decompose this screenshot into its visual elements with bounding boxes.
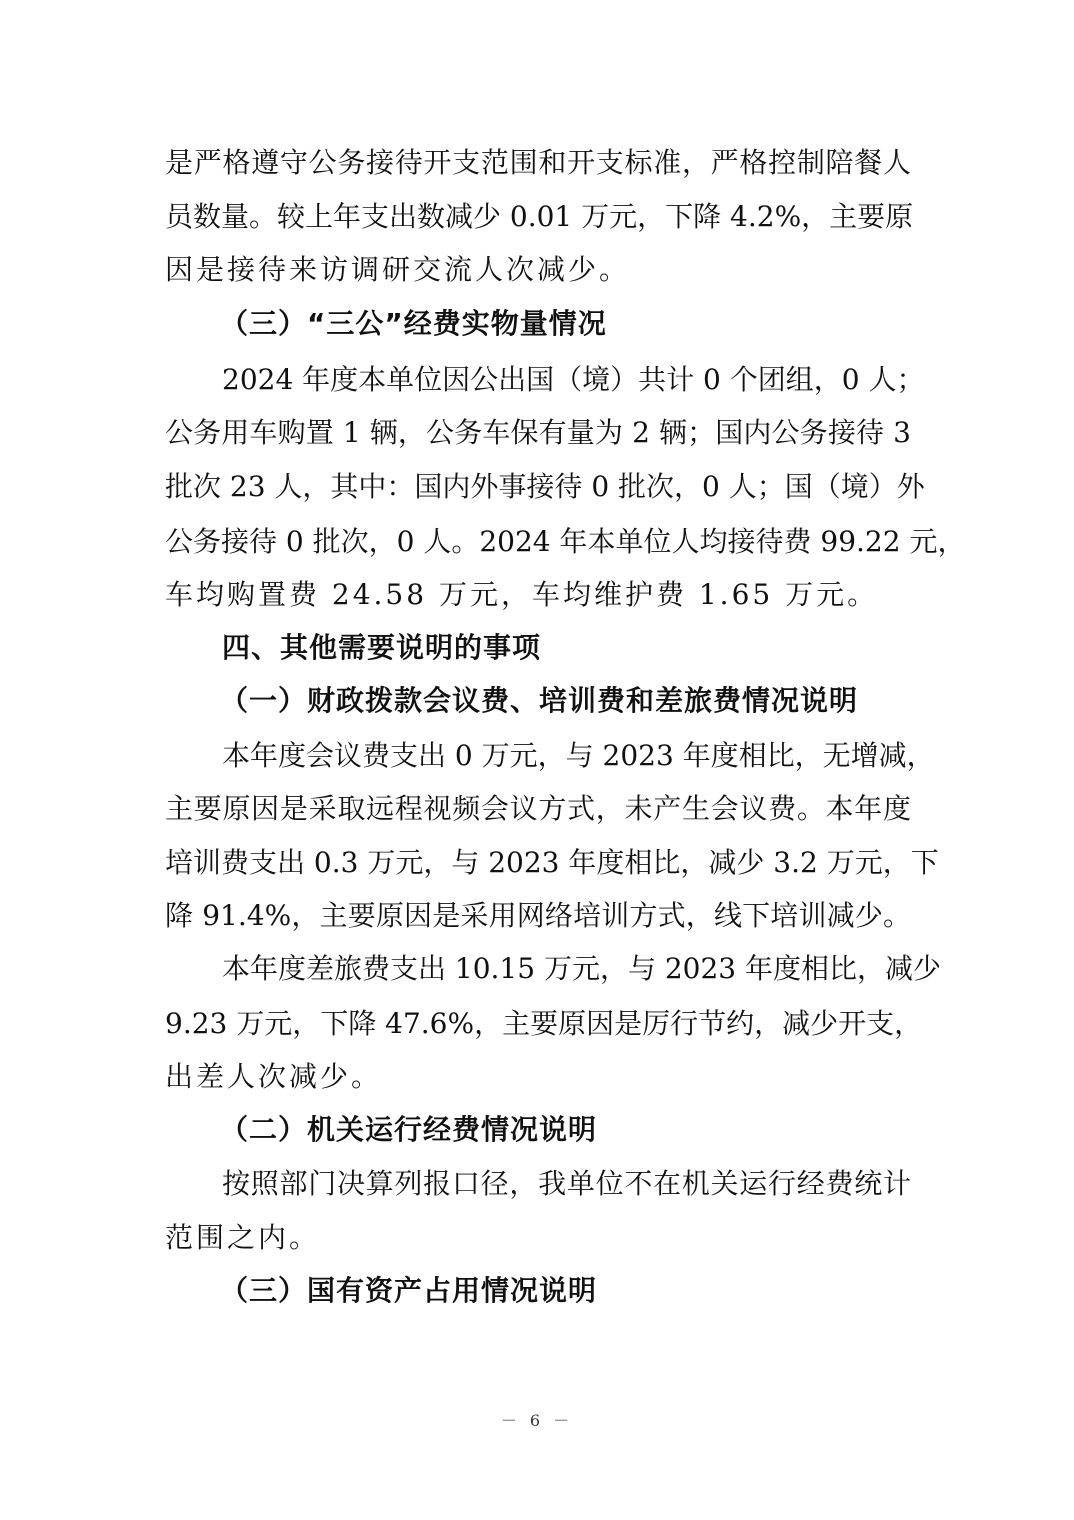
paragraph-line: 车均购置费 24.58 万元，车均维护费 1.65 万元。	[165, 575, 911, 615]
page-number: － 6 －	[0, 1408, 1074, 1431]
paragraph-line: 培训费支出 0.3 万元，与 2023 年度相比，减少 3.2 万元，下	[165, 843, 911, 883]
section-heading-sangong-physical-quantity: （三）“三公”经费实物量情况	[220, 304, 911, 344]
paragraph-line: 是严格遵守公务接待开支范围和开支标准，严格控制陪餐人	[165, 143, 911, 183]
document-page: 是严格遵守公务接待开支范围和开支标准，严格控制陪餐人 员数量。较上年支出数减少 …	[0, 0, 1074, 1520]
paragraph-line: 公务接待 0 批次，0 人。2024 年本单位人均接待费 99.22 元，	[165, 522, 911, 562]
paragraph-line: 降 91.4%，主要原因是采用网络培训方式，线下培训减少。	[165, 896, 911, 936]
paragraph-line: 主要原因是采取远程视频会议方式，未产生会议费。本年度	[165, 789, 911, 829]
section-heading-agency-operating-expenses: （二）机关运行经费情况说明	[220, 1110, 911, 1150]
paragraph-line: 出差人次减少。	[165, 1057, 911, 1097]
section-heading-other-matters: 四、其他需要说明的事项	[222, 628, 968, 668]
section-heading-meeting-training-travel: （一）财政拨款会议费、培训费和差旅费情况说明	[220, 681, 911, 721]
section-heading-state-assets: （三）国有资产占用情况说明	[220, 1271, 911, 1311]
paragraph-line: 公务用车购置 1 辆，公务车保有量为 2 辆；国内公务接待 3	[165, 413, 911, 453]
paragraph-line: 因是接待来访调研交流人次减少。	[165, 250, 911, 290]
paragraph-line: 9.23 万元，下降 47.6%，主要原因是厉行节约，减少开支，	[165, 1004, 911, 1044]
paragraph-line: 本年度差旅费支出 10.15 万元，与 2023 年度相比，减少	[222, 949, 911, 989]
paragraph-line: 范围之内。	[165, 1218, 911, 1258]
paragraph-line: 批次 23 人，其中：国内外事接待 0 批次，0 人；国（境）外	[165, 467, 911, 507]
paragraph-line: 员数量。较上年支出数减少 0.01 万元，下降 4.2%，主要原	[165, 197, 911, 237]
paragraph-line: 按照部门决算列报口径，我单位不在机关运行经费统计	[222, 1164, 911, 1204]
paragraph-line: 本年度会议费支出 0 万元，与 2023 年度相比，无增减，	[222, 736, 911, 776]
paragraph-line: 2024 年度本单位因公出国（境）共计 0 个团组，0 人；	[222, 360, 911, 400]
